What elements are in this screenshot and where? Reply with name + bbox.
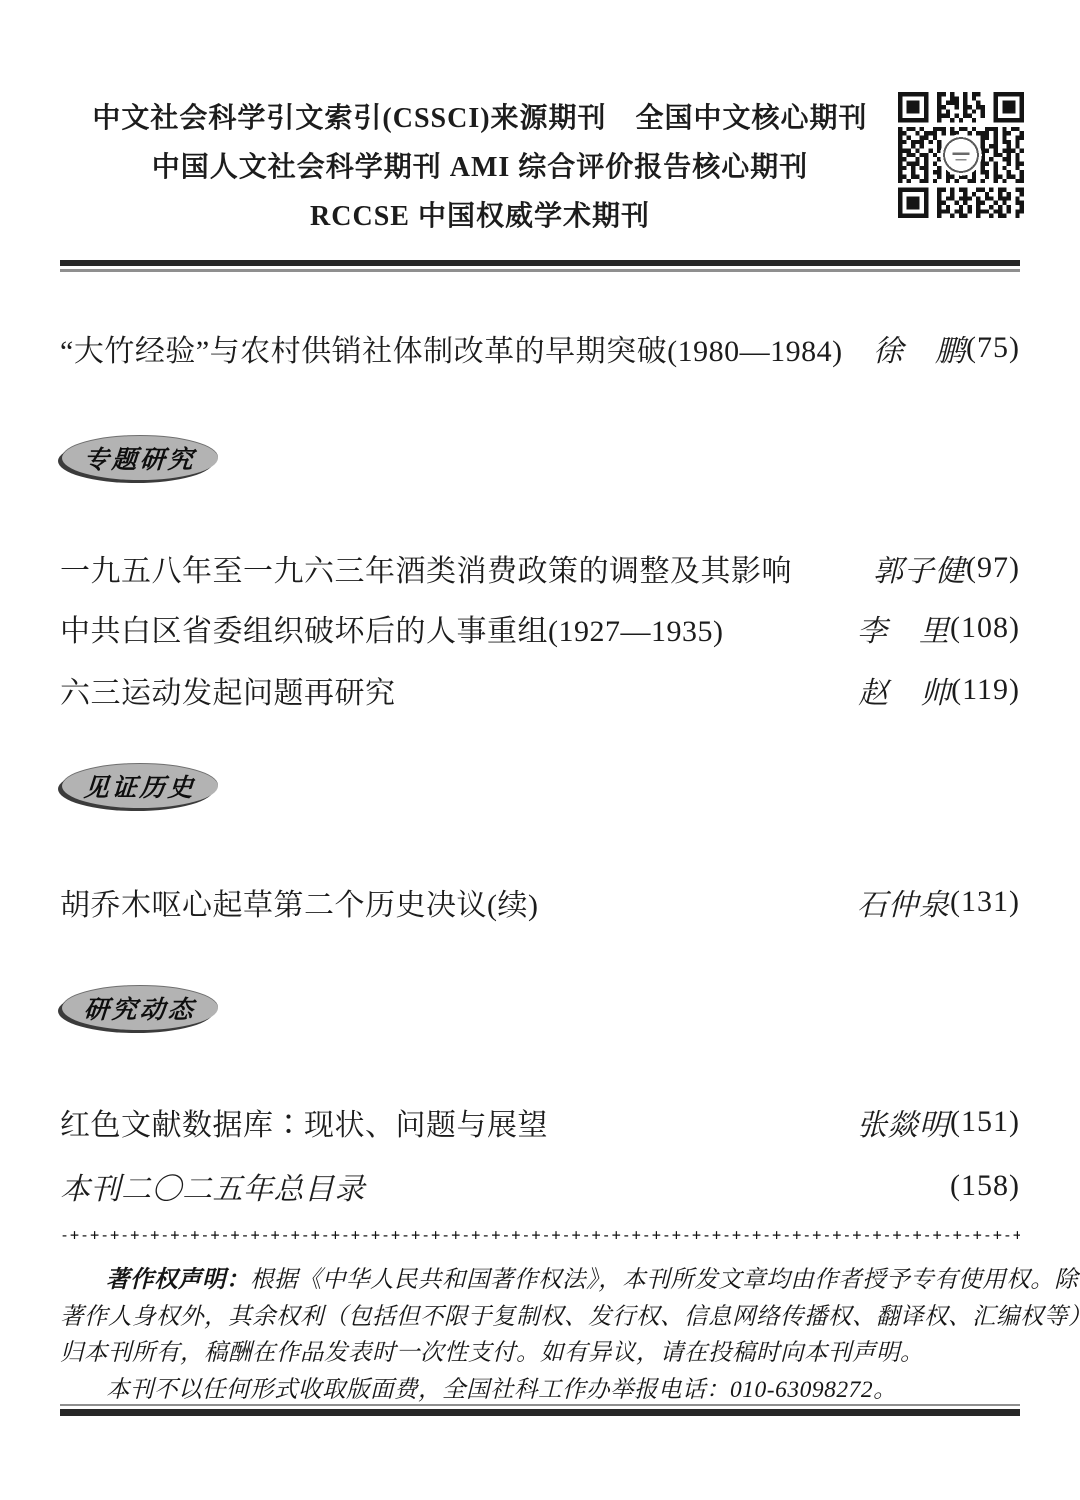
qr-logo — [940, 134, 982, 176]
badge-label: 研究动态 — [83, 990, 198, 1026]
toc-entry: 红色文献数据库∶现状、问题与展望 张燚明 (151) — [60, 1102, 1020, 1142]
entry-title: 本刊二〇二五年总目录 — [60, 1164, 365, 1208]
entry-title: 胡乔木呕心起草第二个历史决议(续) — [60, 880, 538, 924]
divider-bottom — [60, 1404, 1020, 1416]
section-badge: 见证历史 — [62, 764, 218, 808]
toc-entry: “大竹经验”与农村供销社体制改革的早期突破(1980—1984) 徐 鹏 (75… — [60, 328, 1020, 368]
qr-code-graphic — [898, 92, 1024, 218]
copyright-notice: 著作权声明：根据《中华人民共和国著作权法》，本刊所发文章均由作者授予专有使用权。… — [60, 1262, 1022, 1408]
entry-author: 赵 帅 — [858, 668, 951, 712]
entry-author: 李 里 — [857, 606, 950, 650]
entry-page: (97) — [966, 551, 1020, 585]
toc-entry: 胡乔木呕心起草第二个历史决议(续) 石仲泉 (131) — [60, 882, 1020, 922]
entry-title: 一九五八年至一九六三年酒类消费政策的调整及其影响 — [60, 546, 792, 590]
cert-line-3: RCCSE 中国权威学术期刊 — [60, 192, 900, 241]
cert-line-1: 中文社会科学引文索引(CSSCI)来源期刊 全国中文核心期刊 — [60, 94, 900, 143]
entry-title: 中共白区省委组织破坏后的人事重组(1927—1935) — [60, 606, 723, 650]
entry-author: 郭子健 — [873, 546, 966, 590]
copyright-lead: 著作权声明： — [106, 1267, 250, 1293]
dashed-separator: -+-+-+-+-+-+-+-+-+-+-+-+-+-+-+-+-+-+-+-+… — [60, 1226, 1020, 1244]
entry-page: (158) — [950, 1169, 1020, 1203]
section-badge: 研究动态 — [62, 986, 218, 1030]
qr-code — [898, 92, 1024, 218]
toc-entry: 一九五八年至一九六三年酒类消费政策的调整及其影响 郭子健 (97) — [60, 548, 1020, 588]
journal-toc-page: 中文社会科学引文索引(CSSCI)来源期刊 全国中文核心期刊 中国人文社会科学期… — [0, 0, 1080, 1500]
entry-page: (119) — [951, 673, 1020, 707]
divider-top — [60, 260, 1020, 272]
entry-author: 徐 鹏 — [873, 326, 966, 370]
copyright-line: 著作权声明：根据《中华人民共和国著作权法》，本刊所发文章均由作者授予专有使用权。… — [60, 1262, 1022, 1299]
entry-page: (151) — [950, 1105, 1020, 1139]
header-certifications: 中文社会科学引文索引(CSSCI)来源期刊 全国中文核心期刊 中国人文社会科学期… — [60, 94, 900, 241]
entry-author: 张燚明 — [857, 1100, 950, 1144]
toc-entry: 本刊二〇二五年总目录 (158) — [60, 1166, 1020, 1206]
entry-page: (75) — [966, 331, 1020, 365]
entry-author: 石仲泉 — [857, 880, 950, 924]
entry-title: 红色文献数据库∶现状、问题与展望 — [60, 1100, 548, 1144]
toc-entry: 中共白区省委组织破坏后的人事重组(1927—1935) 李 里 (108) — [60, 608, 1020, 648]
entry-page: (131) — [950, 885, 1020, 919]
badge-label: 见证历史 — [83, 768, 198, 804]
toc-entry: 六三运动发起问题再研究 赵 帅 (119) — [60, 670, 1020, 710]
entry-title: 六三运动发起问题再研究 — [60, 668, 396, 712]
copyright-line: 本刊不以任何形式收取版面费，全国社科工作办举报电话：010-63098272。 — [60, 1372, 1022, 1409]
cert-line-2: 中国人文社会科学期刊 AMI 综合评价报告核心期刊 — [60, 143, 900, 192]
section-badge: 专题研究 — [62, 436, 218, 480]
copyright-line: 著作人身权外，其余权利（包括但不限于复制权、发行权、信息网络传播权、翻译权、汇编… — [60, 1299, 1022, 1336]
entry-title: “大竹经验”与农村供销社体制改革的早期突破(1980—1984) — [60, 326, 843, 370]
copyright-line: 归本刊所有，稿酬在作品发表时一次性支付。如有异议，请在投稿时向本刊声明。 — [60, 1335, 1022, 1372]
entry-page: (108) — [950, 611, 1020, 645]
badge-label: 专题研究 — [83, 440, 198, 476]
